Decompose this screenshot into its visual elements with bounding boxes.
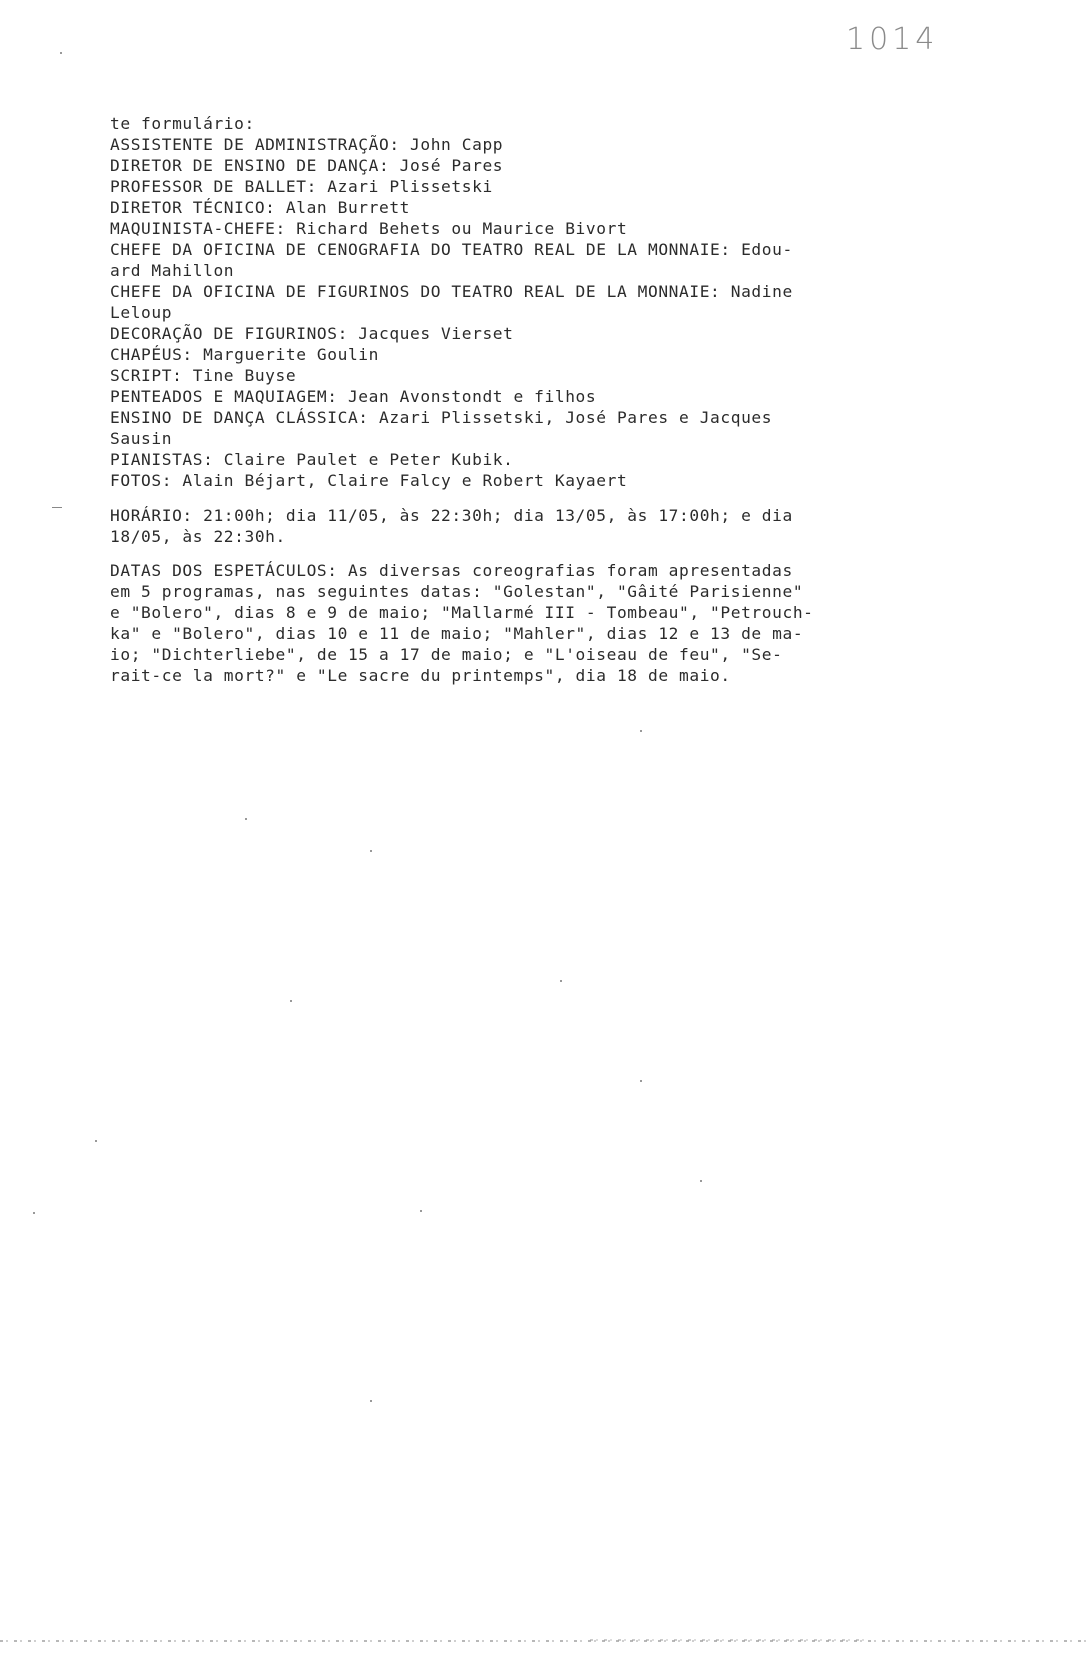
datas-block: DATAS DOS ESPETÁCULOS: As diversas coreo… — [110, 560, 940, 686]
datas-line-4: ka" e "Bolero", dias 10 e 11 de maio; "M… — [110, 623, 940, 644]
credits-intro: te formulário: — [110, 113, 940, 134]
scan-speck — [700, 1180, 702, 1182]
datas-line-2: em 5 programas, nas seguintes datas: "Go… — [110, 581, 940, 602]
scan-speck — [60, 52, 62, 54]
credits-block: te formulário: ASSISTENTE DE ADMINISTRAÇ… — [110, 113, 940, 491]
credit-maquinista-chefe: MAQUINISTA-CHEFE: Richard Behets ou Maur… — [110, 218, 940, 239]
scan-speck — [290, 1000, 292, 1002]
scan-mark — [52, 507, 62, 508]
credit-chapeus: CHAPÉUS: Marguerite Goulin — [110, 344, 940, 365]
datas-line-5: io; "Dichterliebe", de 15 a 17 de maio; … — [110, 644, 940, 665]
scan-footer-noise — [590, 1639, 870, 1641]
credit-chefe-figurinos-cont: Leloup — [110, 302, 940, 323]
credit-decoracao-figurinos: DECORAÇÃO DE FIGURINOS: Jacques Vierset — [110, 323, 940, 344]
document-body: te formulário: ASSISTENTE DE ADMINISTRAÇ… — [110, 113, 940, 686]
scan-speck — [245, 818, 247, 820]
credit-diretor-tecnico: DIRETOR TÉCNICO: Alan Burrett — [110, 197, 940, 218]
scan-speck — [420, 1210, 422, 1212]
scan-speck — [370, 1400, 372, 1402]
page-number: 1014 — [846, 22, 938, 57]
datas-line-6: rait-ce la mort?" e "Le sacre du printem… — [110, 665, 940, 686]
credit-chefe-cenografia: CHEFE DA OFICINA DE CENOGRAFIA DO TEATRO… — [110, 239, 940, 260]
credit-ensino-danca-classica: ENSINO DE DANÇA CLÁSSICA: Azari Plissets… — [110, 407, 940, 428]
credit-ensino-danca-classica-cont: Sausin — [110, 428, 940, 449]
datas-line-1: DATAS DOS ESPETÁCULOS: As diversas coreo… — [110, 560, 940, 581]
horario-line-2: 18/05, às 22:30h. — [110, 526, 940, 547]
credit-chefe-figurinos: CHEFE DA OFICINA DE FIGURINOS DO TEATRO … — [110, 281, 940, 302]
credit-diretor-ensino-danca: DIRETOR DE ENSINO DE DANÇA: José Pares — [110, 155, 940, 176]
scan-footer-noise — [0, 1640, 1088, 1642]
datas-line-3: e "Bolero", dias 8 e 9 de maio; "Mallarm… — [110, 602, 940, 623]
horario-line-1: HORÁRIO: 21:00h; dia 11/05, às 22:30h; d… — [110, 505, 940, 526]
credit-assistente-administracao: ASSISTENTE DE ADMINISTRAÇÃO: John Capp — [110, 134, 940, 155]
scan-speck — [95, 1140, 97, 1142]
scan-speck — [33, 1212, 35, 1214]
credit-pianistas: PIANISTAS: Claire Paulet e Peter Kubik. — [110, 449, 940, 470]
credit-chefe-cenografia-cont: ard Mahillon — [110, 260, 940, 281]
scan-speck — [370, 850, 372, 852]
credit-professor-ballet: PROFESSOR DE BALLET: Azari Plissetski — [110, 176, 940, 197]
scan-speck — [640, 730, 642, 732]
scan-speck — [640, 1080, 642, 1082]
horario-block: HORÁRIO: 21:00h; dia 11/05, às 22:30h; d… — [110, 505, 940, 547]
credit-fotos: FOTOS: Alain Béjart, Claire Falcy e Robe… — [110, 470, 940, 491]
scan-speck — [560, 980, 562, 982]
credit-penteados-maquiagem: PENTEADOS E MAQUIAGEM: Jean Avonstondt e… — [110, 386, 940, 407]
credit-script: SCRIPT: Tine Buyse — [110, 365, 940, 386]
